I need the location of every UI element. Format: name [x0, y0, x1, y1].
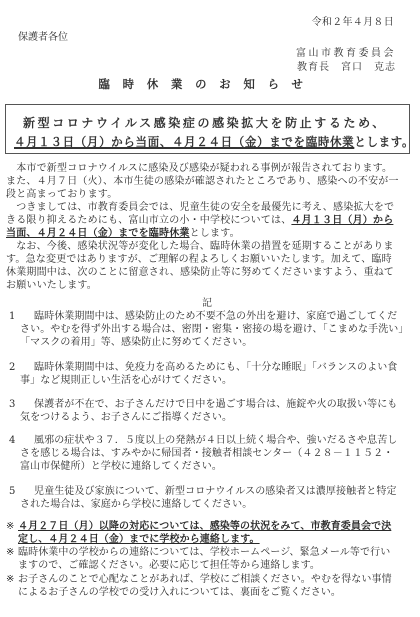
closure-start-emphasis: ４月１３日（月）から	[291, 215, 393, 226]
note-mark: ※	[6, 573, 14, 586]
item-line: 児童生徒及び家族について、新型コロナウイルスの感染者又は濃厚接触者と特定	[34, 485, 397, 498]
note-mark: ※	[6, 546, 14, 559]
ki-heading: 記	[0, 294, 414, 309]
body-line: 段と高まっております。	[6, 189, 117, 202]
note-mark: ※	[6, 520, 14, 533]
note-line: によるお子さんの学校での受け入れについては、裏面をご覧ください。	[18, 586, 341, 599]
body-line: また、４月７日（火）、本市生徒の感染が確認されたところであり、感染への不安が一	[6, 176, 399, 189]
item-line: 保護者が不在で、お子さんだけで日中を過ごす場合は、施錠や火の取扱い等にも	[34, 398, 397, 411]
item-number: 3	[9, 398, 15, 411]
item-line: さを感じる場合は、すみやかに帰国者・接触者相談センター（４２８－１１５２・	[20, 447, 393, 460]
body-line: なお、今後、感染状況等が変化した場合、臨時休業の措置を延期することがありま	[6, 241, 394, 254]
item-line: さい。やむを得ず外出する場合は、密閉・密集・密接の場を避け、「こまめな手洗い」	[20, 323, 409, 336]
note-line: お子さんのことで心配なことがあれば、学校にご相談ください。やむを得ない事情	[18, 573, 392, 586]
issuing-organization: 富山市教育委員会	[296, 44, 396, 59]
note-line: 臨時休業中の学校からの連絡については、学校ホームページ、緊急メール等で行い	[18, 546, 390, 559]
item-line: 風邪の症状や３７．５度以上の発熱が４日以上続く場合や、強いだるさや息苦し	[34, 434, 397, 447]
issuer-name: 教育長 宮口 克志	[297, 58, 396, 73]
body-line-6-rest: とします。	[190, 228, 240, 239]
note-line: ４月２７日（月）以降の対応については、感染等の状況をみて、市教育委員会で決	[18, 520, 391, 533]
notice-line-2: ４月１３日（月）から当面、４月２４日（金）までを臨時休業とします。	[14, 133, 414, 150]
notice-line-1: 新型コロナウイルス感染症の感染拡大を防止するため、	[23, 114, 387, 131]
body-line: きる限り抑えるためにも、富山市立の小・中学校については、４月１３日（月）から	[6, 215, 393, 228]
document-date: 令和２年４月８日	[312, 13, 394, 28]
notice-box: 新型コロナウイルス感染症の感染拡大を防止するため、 ４月１３日（月）から当面、４…	[5, 104, 410, 154]
item-line: 臨時休業期間中は、免疫力を高めるためにも、「十分な睡眠」「バランスのよい食	[34, 361, 397, 374]
body-line: 休業期間中は、次のことに留意され、感染防止等に努めてくださいますよう、重ねて	[6, 267, 394, 280]
item-line: 事」など規則正しい生活を心がけてください。	[20, 374, 232, 387]
page-title: 臨時休業のお知らせ	[0, 76, 414, 92]
item-line: 臨時休業期間中は、感染防止のため不要不急の外出を避け、家庭で過ごしてくだ	[34, 310, 397, 323]
body-line: す。急な変更ではありますが、ご理解の程よろしくお願いいたします。加えて、臨時	[6, 254, 392, 267]
body-line: お願いいたします。	[6, 280, 97, 293]
body-line: つきましては、市教育委員会では、児童生徒の安全を最優先に考え、感染拡大をで	[6, 202, 394, 215]
body-line-5-prefix: きる限り抑えるためにも、富山市立の小・中学校については、	[6, 215, 291, 226]
body-line: 当面、４月２４日（金）までを臨時休業とします。	[6, 228, 240, 241]
item-number: 1	[9, 310, 15, 323]
closure-end-emphasis: 当面、４月２４日（金）までを臨時休業	[6, 228, 190, 239]
note-line: ますので、ご確認ください。必要に応じて担任等から連絡します。	[18, 559, 320, 572]
item-line: 気をつけるよう、お子さんにご指導ください。	[20, 411, 232, 424]
addressee: 保護者各位	[18, 28, 68, 43]
item-number: 2	[9, 361, 15, 374]
item-line: 「マスクの着用」等、感染防止に努めてください。	[20, 336, 252, 349]
item-line: された場合は、家庭から学校に連絡してください。	[20, 498, 252, 511]
notice-line-2-rest: とします。	[354, 135, 414, 149]
closure-period-underlined: ４月１３日（月）から当面、４月２４日（金）までを臨時休業	[14, 135, 354, 149]
item-line: 富山市保健所）と学校に連絡してください。	[20, 460, 222, 473]
note-line: 定し、４月２４日（金）までに学校から連絡します。	[18, 533, 260, 546]
item-number: 5	[9, 485, 15, 498]
item-number: 4	[9, 434, 15, 447]
body-line: 本市で新型コロナウイルスに感染及び感染が疑われる事例が報告されております。	[6, 163, 392, 176]
